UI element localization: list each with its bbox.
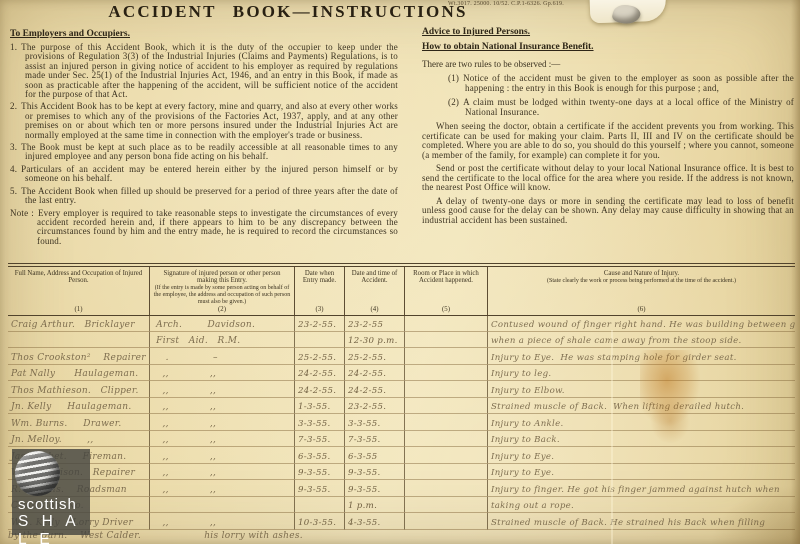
col-header-sublabel: (If the entry is made by some person act…: [153, 285, 291, 305]
cause-cell: Injury to Eye. He was stamping hole for …: [488, 348, 795, 365]
name-cell: Craig Arthur. Bricklayer: [8, 315, 150, 332]
col-header-number: (5): [408, 306, 484, 314]
item-number: 4.: [10, 164, 17, 174]
watermark-text-scottish: scottish: [18, 496, 77, 513]
signature-cell: . –: [150, 348, 295, 365]
accident-date-cell: 12-30 p.m.: [345, 332, 405, 349]
table-body: Craig Arthur. Bricklayer Arch. Davidson.…: [8, 315, 795, 530]
watermark-text-shale: S H A L E: [18, 513, 90, 544]
table-row: Wm. Kelly Lorry Driver ,, ,,10-3-55.4-3-…: [8, 513, 795, 530]
col-header-label: Signature of injured person or other per…: [153, 270, 291, 285]
place-cell: [405, 464, 488, 481]
entry-date-cell: 1-3-55.: [295, 398, 345, 415]
signature-cell: ,, ,,: [150, 447, 295, 464]
advice-paragraph: When seeing the doctor, obtain a certifi…: [422, 122, 794, 160]
item-number: 3.: [10, 142, 17, 152]
col-header-full-name: Full Name, Address and Occupation of Inj…: [8, 267, 150, 316]
table-row: Jn. Kelly Haulageman. ,, ,,1-3-55.23-2-5…: [8, 398, 795, 415]
signature-cell: Arch. Davidson.: [150, 315, 295, 332]
cause-cell: Strained muscle of Back. When lifting de…: [488, 398, 795, 415]
entry-date-cell: 7-3-55.: [295, 431, 345, 448]
col-header-label: Room or Place in which Accident happened…: [408, 270, 484, 285]
item-text: The Accident Book when filled up should …: [21, 186, 398, 205]
entry-date-cell: 10-3-55.: [295, 513, 345, 530]
paper-stain-top: [598, 0, 648, 22]
rule-item: (1)Notice of the accident must be given …: [448, 74, 794, 93]
table-row: R. Nichols. Roadsman ,, ,,9-3-55.9-3-55.…: [8, 480, 795, 497]
col-header-label: Date when Entry made.: [298, 270, 341, 285]
item-number: 5.: [10, 186, 17, 196]
table-header-row: Full Name, Address and Occupation of Inj…: [8, 267, 795, 316]
instruction-note: Note :Every employer is required to take…: [10, 209, 398, 247]
col-header-number: (2): [153, 306, 291, 314]
cause-cell: Injury to Eye.: [488, 464, 795, 481]
page-title: ACCIDENT BOOK—INSTRUCTIONS: [88, 2, 488, 22]
accident-date-cell: 1 p.m.: [345, 497, 405, 514]
cause-cell: Injury to finger. He got his finger jamm…: [488, 480, 795, 497]
accident-date-cell: 24-2-55.: [345, 365, 405, 382]
col-header-number: (4): [348, 306, 401, 314]
accident-book-page: Wt.3017. 25000. 10/52. C.P.1-6326. Gp.61…: [0, 0, 800, 544]
name-cell: [8, 332, 150, 349]
instruction-item: 3.The Book must be kept at such place as…: [10, 143, 398, 162]
place-cell: [405, 513, 488, 530]
col-header-signature: Signature of injured person or other per…: [150, 267, 295, 316]
name-cell: Thos Crookston² Repairer: [8, 348, 150, 365]
benefit-heading: How to obtain National Insurance Benefit…: [422, 42, 794, 52]
rule-number: (1): [448, 73, 459, 83]
col-header-label: Date and time of Accident.: [348, 270, 401, 285]
instruction-item: 2.This Accident Book has to be kept at e…: [10, 102, 398, 140]
table-row: First Aid. R.M.12-30 p.m.when a piece of…: [8, 332, 795, 349]
table-row: Wm. Morrison. Repairer ,, ,,9-3-55.9-3-5…: [8, 464, 795, 481]
cause-cell: Injury to Back.: [488, 431, 795, 448]
rule-number: (2): [448, 97, 459, 107]
table-row: Thos Crookston² Repairer . –25-2-55.25-2…: [8, 348, 795, 365]
place-cell: [405, 480, 488, 497]
table-row: Jn. Melloy. ,, ,, ,,7-3-55.7-3-55.Injury…: [8, 431, 795, 448]
item-number: Note :: [10, 208, 34, 218]
accident-date-cell: 9-3-55.: [345, 464, 405, 481]
watermark-globe-icon: [15, 451, 60, 496]
accident-date-cell: 23-2-55: [345, 315, 405, 332]
injured-persons-column: Advice to Injured Persons. How to obtain…: [422, 27, 794, 229]
cause-cell: Injury to leg.: [488, 365, 795, 382]
signature-cell: First Aid. R.M.: [150, 332, 295, 349]
table-row: Craig Arthur. Bricklayer Arch. Davidson.…: [8, 315, 795, 332]
col-header-number: (3): [298, 306, 341, 314]
advice-heading: Advice to Injured Persons.: [422, 27, 794, 37]
accident-date-cell: 9-3-55.: [345, 480, 405, 497]
rules-intro: There are two rules to be observed :—: [422, 59, 794, 69]
torn-corner-curl: [611, 2, 642, 27]
cause-cell: Injury to Ankle.: [488, 414, 795, 431]
table-row: Wm. Burns. Drawer. ,, ,,3-3-55.3-3-55.In…: [8, 414, 795, 431]
item-number: 2.: [10, 101, 17, 111]
entry-date-cell: [295, 497, 345, 514]
name-cell: Wm. Burns. Drawer.: [8, 414, 150, 431]
entry-date-cell: 25-2-55.: [295, 348, 345, 365]
accident-date-cell: 23-2-55.: [345, 398, 405, 415]
col-header-accident-date: Date and time of Accident. (4): [345, 267, 405, 316]
employers-heading: To Employers and Occupiers.: [10, 29, 398, 39]
place-cell: [405, 348, 488, 365]
item-number: 1.: [10, 42, 17, 52]
place-cell: [405, 497, 488, 514]
accident-date-cell: 4-3-55.: [345, 513, 405, 530]
place-cell: [405, 381, 488, 398]
place-cell: [405, 315, 488, 332]
cause-cell: Contused wound of finger right hand. He …: [488, 315, 795, 332]
entry-date-cell: 6-3-55.: [295, 447, 345, 464]
signature-cell: ,, ,,: [150, 365, 295, 382]
cause-cell: when a piece of shale came away from the…: [488, 332, 795, 349]
entry-date-cell: 23-2-55.: [295, 315, 345, 332]
item-text: Every employer is required to take reaso…: [37, 208, 398, 246]
signature-cell: [150, 497, 295, 514]
entry-date-cell: 24-2-55.: [295, 381, 345, 398]
name-cell: Thos Mathieson. Clipper.: [8, 381, 150, 398]
col-header-label: Full Name, Address and Occupation of Inj…: [11, 270, 146, 285]
place-cell: [405, 431, 488, 448]
entry-date-cell: 9-3-55.: [295, 480, 345, 497]
col-header-place: Room or Place in which Accident happened…: [405, 267, 488, 316]
accident-date-cell: 25-2-55.: [345, 348, 405, 365]
signature-cell: ,, ,,: [150, 381, 295, 398]
table-row: Pat Nally Haulageman. ,, ,,24-2-55.24-2-…: [8, 365, 795, 382]
instruction-item: 5.The Accident Book when filled up shoul…: [10, 187, 398, 206]
accident-date-cell: 7-3-55.: [345, 431, 405, 448]
place-cell: [405, 414, 488, 431]
rule-text: A claim must be lodged within twenty-one…: [463, 97, 794, 117]
table-top-rule: [8, 263, 795, 264]
place-cell: [405, 398, 488, 415]
rule-text: Notice of the accident must be given to …: [463, 73, 794, 93]
name-cell: Pat Nally Haulageman.: [8, 365, 150, 382]
signature-cell: ,, ,,: [150, 513, 295, 530]
cause-cell: Injury to Elbow.: [488, 381, 795, 398]
item-text: The purpose of this Accident Book, which…: [21, 42, 398, 99]
accident-date-cell: 3-3-55.: [345, 414, 405, 431]
table-row: Thos Mathieson. Clipper. ,, ,,24-2-55.24…: [8, 381, 795, 398]
entry-date-cell: 9-3-55.: [295, 464, 345, 481]
col-header-sublabel: (State clearly the work or process being…: [491, 278, 792, 285]
name-cell: Jn. Kelly Haulageman.: [8, 398, 150, 415]
col-header-entry-date: Date when Entry made. (3): [295, 267, 345, 316]
instruction-item: 4.Particulars of an accident may be ente…: [10, 165, 398, 184]
cause-cell: taking out a rope.: [488, 497, 795, 514]
watermark-logo: scottish S H A L E: [12, 449, 90, 535]
item-text: This Accident Book has to be kept at eve…: [21, 101, 398, 139]
advice-paragraph: Send or post the certificate without del…: [422, 164, 794, 193]
signature-cell: ,, ,,: [150, 464, 295, 481]
entry-date-cell: [295, 332, 345, 349]
entry-date-cell: 3-3-55.: [295, 414, 345, 431]
table-row: Jas. Nisbet. Fireman. ,, ,,6-3-55.6-3-55…: [8, 447, 795, 464]
signature-cell: ,, ,,: [150, 480, 295, 497]
signature-cell: ,, ,,: [150, 414, 295, 431]
col-header-label: Cause and Nature of Injury.: [491, 270, 792, 277]
item-text: The Book must be kept at such place as t…: [21, 142, 398, 161]
col-header-cause: Cause and Nature of Injury. (State clear…: [488, 267, 795, 316]
place-cell: [405, 332, 488, 349]
table-row: Crookston No.1 p.m.taking out a rope.: [8, 497, 795, 514]
col-header-number: (6): [491, 306, 792, 314]
employers-column: To Employers and Occupiers. 1.The purpos…: [10, 29, 398, 249]
col-header-number: (1): [11, 306, 146, 314]
entry-date-cell: 24-2-55.: [295, 365, 345, 382]
signature-cell: ,, ,,: [150, 431, 295, 448]
torn-corner: [590, 0, 667, 23]
cause-cell: Injury to Eye.: [488, 447, 795, 464]
cause-cell: Strained muscle of Back. He strained his…: [488, 513, 795, 530]
accident-date-cell: 24-2-55.: [345, 381, 405, 398]
place-cell: [405, 447, 488, 464]
advice-paragraph: A delay of twenty-one days or more in se…: [422, 197, 794, 226]
place-cell: [405, 365, 488, 382]
item-text: Particulars of an accident may be entere…: [21, 164, 398, 183]
instruction-item: 1.The purpose of this Accident Book, whi…: [10, 43, 398, 99]
signature-cell: ,, ,,: [150, 398, 295, 415]
accident-entries-table: Full Name, Address and Occupation of Inj…: [8, 263, 795, 544]
name-cell: Jn. Melloy. ,,: [8, 431, 150, 448]
rule-item: (2)A claim must be lodged within twenty-…: [448, 98, 794, 117]
accident-date-cell: 6-3-55: [345, 447, 405, 464]
